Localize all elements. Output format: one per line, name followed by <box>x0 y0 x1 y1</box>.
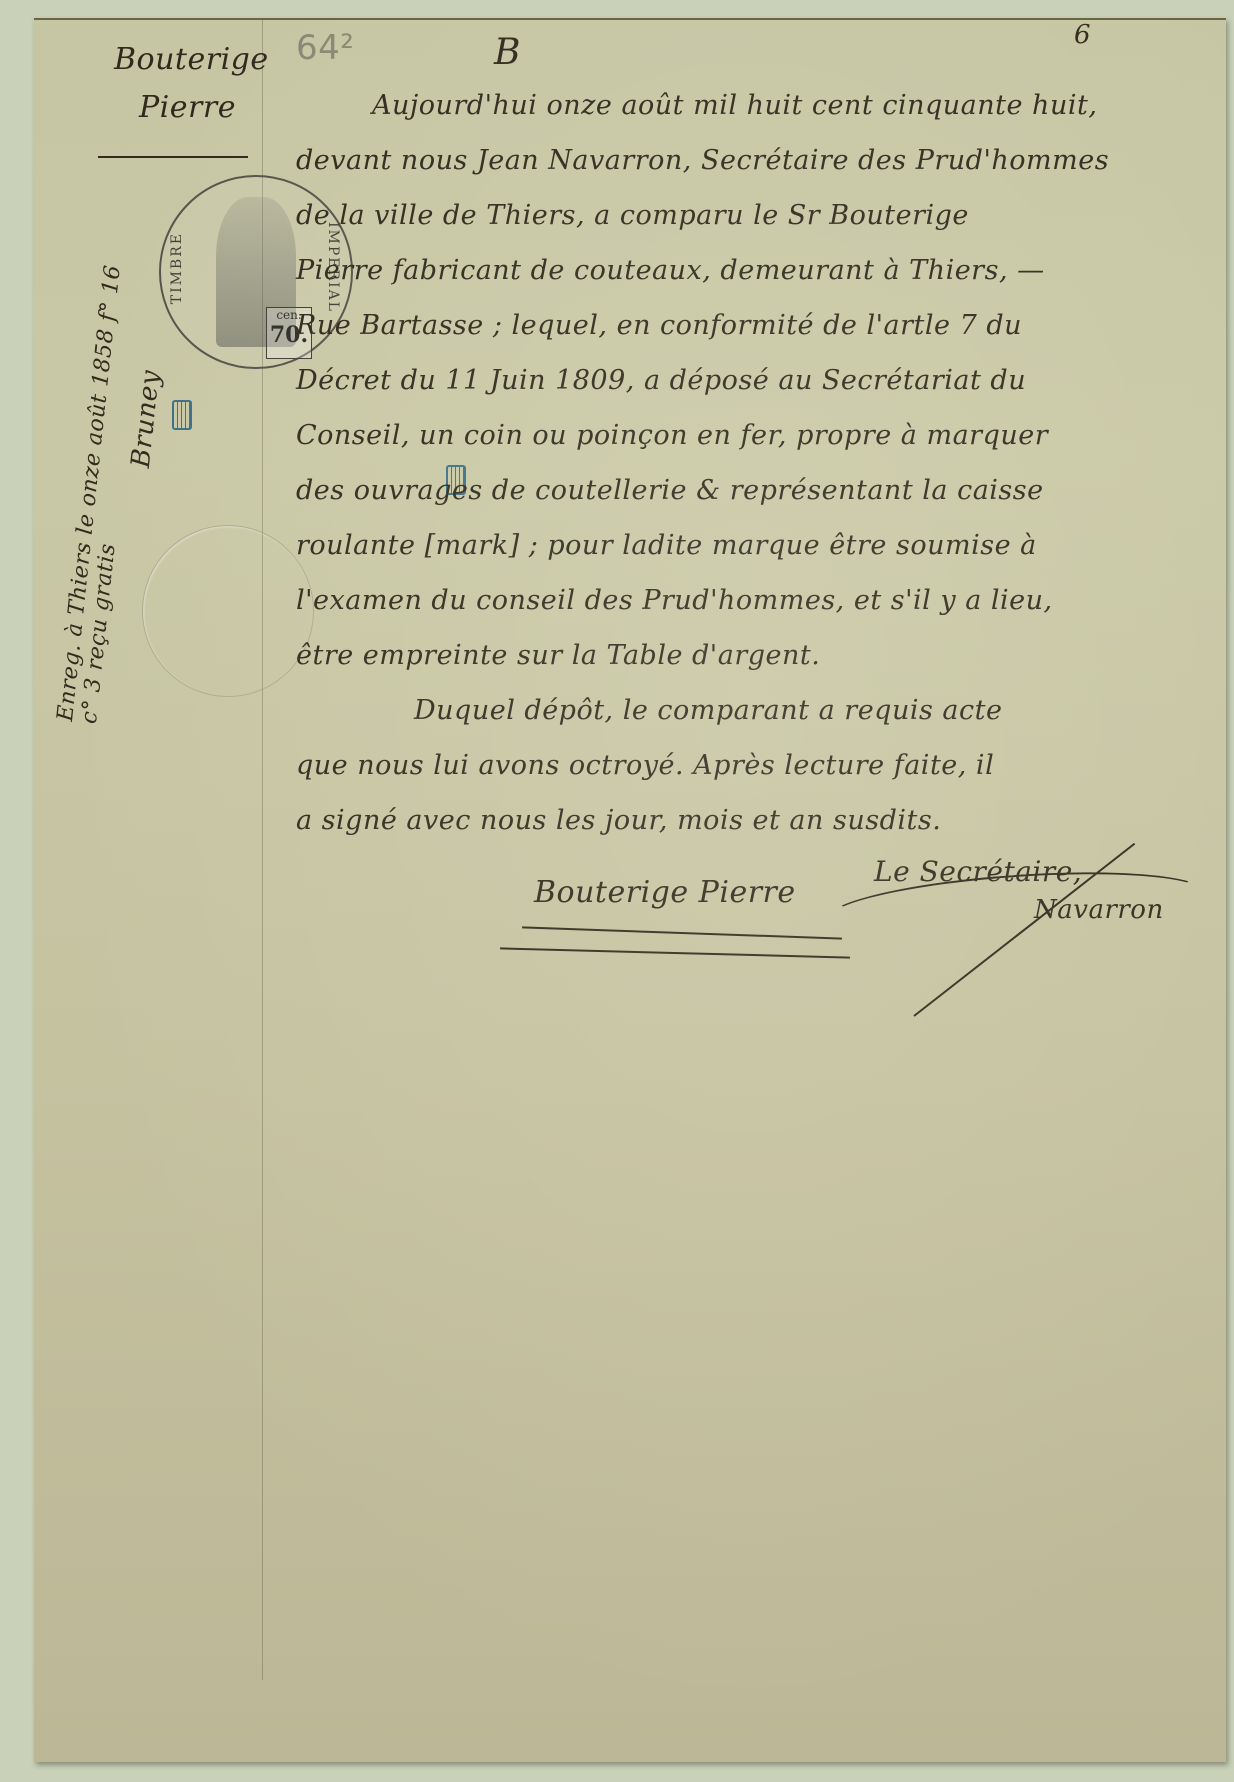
stamp-left-text: TIMBRE <box>169 232 185 304</box>
margin-name-line2: Pierre <box>139 90 236 125</box>
body-line: Rue Bartasse ; lequel, en conformité de … <box>296 310 1022 341</box>
depositor-underline <box>500 947 850 958</box>
depositor-signature: Bouterige Pierre <box>534 875 796 910</box>
pencil-reference: 64² <box>296 28 354 68</box>
body-line: que nous lui avons octroyé. Après lectur… <box>296 750 994 781</box>
body-line: Décret du 11 Juin 1809, a déposé au Secr… <box>296 365 1026 396</box>
body-line: être empreinte sur la Table d'argent. <box>296 640 820 671</box>
body-line: roulante [mark] ; pour ladite marque êtr… <box>296 530 1037 561</box>
body-line: l'examen du conseil des Prud'hommes, et … <box>296 585 1053 616</box>
body-line: Pierre fabricant de couteaux, demeurant … <box>296 255 1045 286</box>
document-page: 6 64² B Bouterige Pierre TIMBRE IMPERIAL… <box>34 18 1226 1762</box>
depositor-underline <box>522 926 842 939</box>
body-line: des ouvrages de coutellerie & représenta… <box>296 475 1044 506</box>
body-line: devant nous Jean Navarron, Secrétaire de… <box>296 145 1109 176</box>
body-line: Duquel dépôt, le comparant a requis acte <box>414 695 1002 726</box>
name-underline <box>98 156 248 158</box>
body-line: a signé avec nous les jour, mois et an s… <box>296 805 941 836</box>
folio-number: 6 <box>1074 20 1091 50</box>
body-line: Conseil, un coin ou poinçon en fer, prop… <box>296 420 1048 451</box>
margin-name-line1: Bouterige <box>114 42 269 77</box>
body-line: de la ville de Thiers, a comparu le Sr B… <box>296 200 969 231</box>
top-mark: B <box>494 32 521 73</box>
body-line: Aujourd'hui onze août mil huit cent cinq… <box>372 90 1097 121</box>
embossed-seal <box>142 525 314 697</box>
caisse-roulante-mark-icon <box>172 400 192 430</box>
